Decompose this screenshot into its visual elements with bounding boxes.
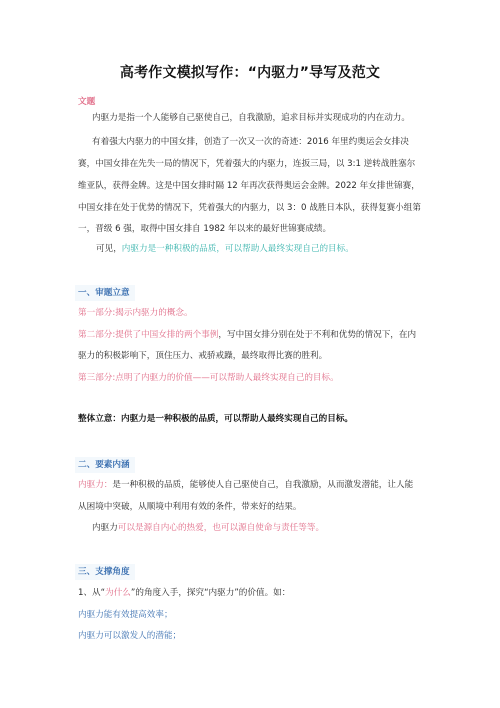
source-prefix: 内驱力 (92, 523, 118, 533)
angle-1-why: 为什么 (105, 588, 131, 598)
prompt-paragraph-2-line-1: 有着强大内驱力的中国女排，创造了一次又一次的奇迹：2016 年里约奥运会女排决 (92, 136, 437, 148)
conclusion-highlight: 内驱力是一种积极的品质，可以帮助人最终实现自己的目标。 (122, 244, 354, 254)
definition-line-1: 内驱力：是一种积极的品质，能够使人自己驱使自己，自我激励，从而激发潜能，让人能 (78, 479, 423, 491)
source-line: 内驱力可以是源自内心的热爱，也可以源自使命与责任等等。 (92, 522, 437, 534)
definition-text: 是一种积极的品质，能够使人自己驱使自己，自我激励，从而激发潜能，让人能 (112, 480, 413, 490)
part-2-label: 第二部分:提供了中国女排的两个事例 (78, 330, 218, 340)
point-2: 内驱力可以激发人的潜能； (78, 630, 423, 642)
section-heading-2: 二、要素内涵 (75, 457, 135, 473)
section-heading-1: 一、审题立意 (75, 285, 135, 301)
prompt-label: 文题 (78, 95, 95, 107)
document-page: 高考作文模拟写作：“内驱力”导写及范文 文题 内驱力是指一个人能够自己驱使自己，… (0, 0, 500, 708)
term-label: 内驱力： (78, 480, 112, 490)
part-1-text: 第一部分:揭示内驱力的概念。 (78, 307, 423, 319)
prompt-paragraph-2-line-5: 一，晋级 6 强，取得中国女排自 1982 年以来的最好世锦赛成绩。 (78, 223, 423, 235)
part-2-text: 第二部分:提供了中国女排的两个事例，写中国女排分别在处于不利和优势的情况下，在内 (78, 329, 423, 341)
angle-1-suffix: ”的角度入手，探究“内驱力”的价值。如： (131, 588, 290, 598)
prompt-paragraph-2-line-2: 赛，中国女排在先失一局的情况下，凭着强大的内驱力，连扳三局，以 3:1 逆转战胜… (78, 158, 423, 170)
source-rest: 可以是源自内心的热爱，也可以源自使命与责任等等。 (118, 523, 324, 533)
angle-1-line: 1、从“为什么”的角度入手，探究“内驱力”的价值。如： (78, 587, 423, 599)
prompt-paragraph-3: 可见，内驱力是一种积极的品质，可以帮助人最终实现自己的目标。 (96, 243, 441, 255)
angle-1-prefix: 1、从“ (78, 588, 105, 598)
section-heading-3: 三、支撑角度 (75, 564, 135, 580)
definition-line-2: 从困境中突破，从顺境中利用有效的条件，带来好的结果。 (78, 501, 423, 513)
document-title: 高考作文模拟写作：“内驱力”导写及范文 (0, 62, 500, 82)
overall-thesis: 整体立意：内驱力是一种积极的品质，可以帮助人最终实现自己的目标。 (78, 413, 423, 425)
prompt-paragraph-2-line-3: 维亚队，获得金牌。这是中国女排时隔 12 年再次获得奥运会金牌。2022 年女排… (78, 180, 423, 192)
part-2-rest: ，写中国女排分别在处于不利和优势的情况下，在内 (218, 330, 416, 340)
point-1: 内驱力能有效提高效率； (78, 609, 423, 621)
part-3-text: 第三部分:点明了内驱力的价值——可以帮助人最终实现自己的目标。 (78, 372, 423, 384)
prompt-paragraph-1: 内驱力是指一个人能够自己驱使自己，自我激励，追求目标并实现成功的内在动力。 (92, 112, 437, 124)
conclusion-prefix: 可见， (96, 244, 122, 254)
prompt-paragraph-2-line-4: 中国女排在处于优势的情况下，凭着强大的内驱力，以 3：0 战胜日本队，获得复赛小… (78, 202, 423, 214)
part-2-line-2: 驱力的积极影响下，顶住压力、戒骄戒躁，最终取得比赛的胜利。 (78, 350, 423, 362)
